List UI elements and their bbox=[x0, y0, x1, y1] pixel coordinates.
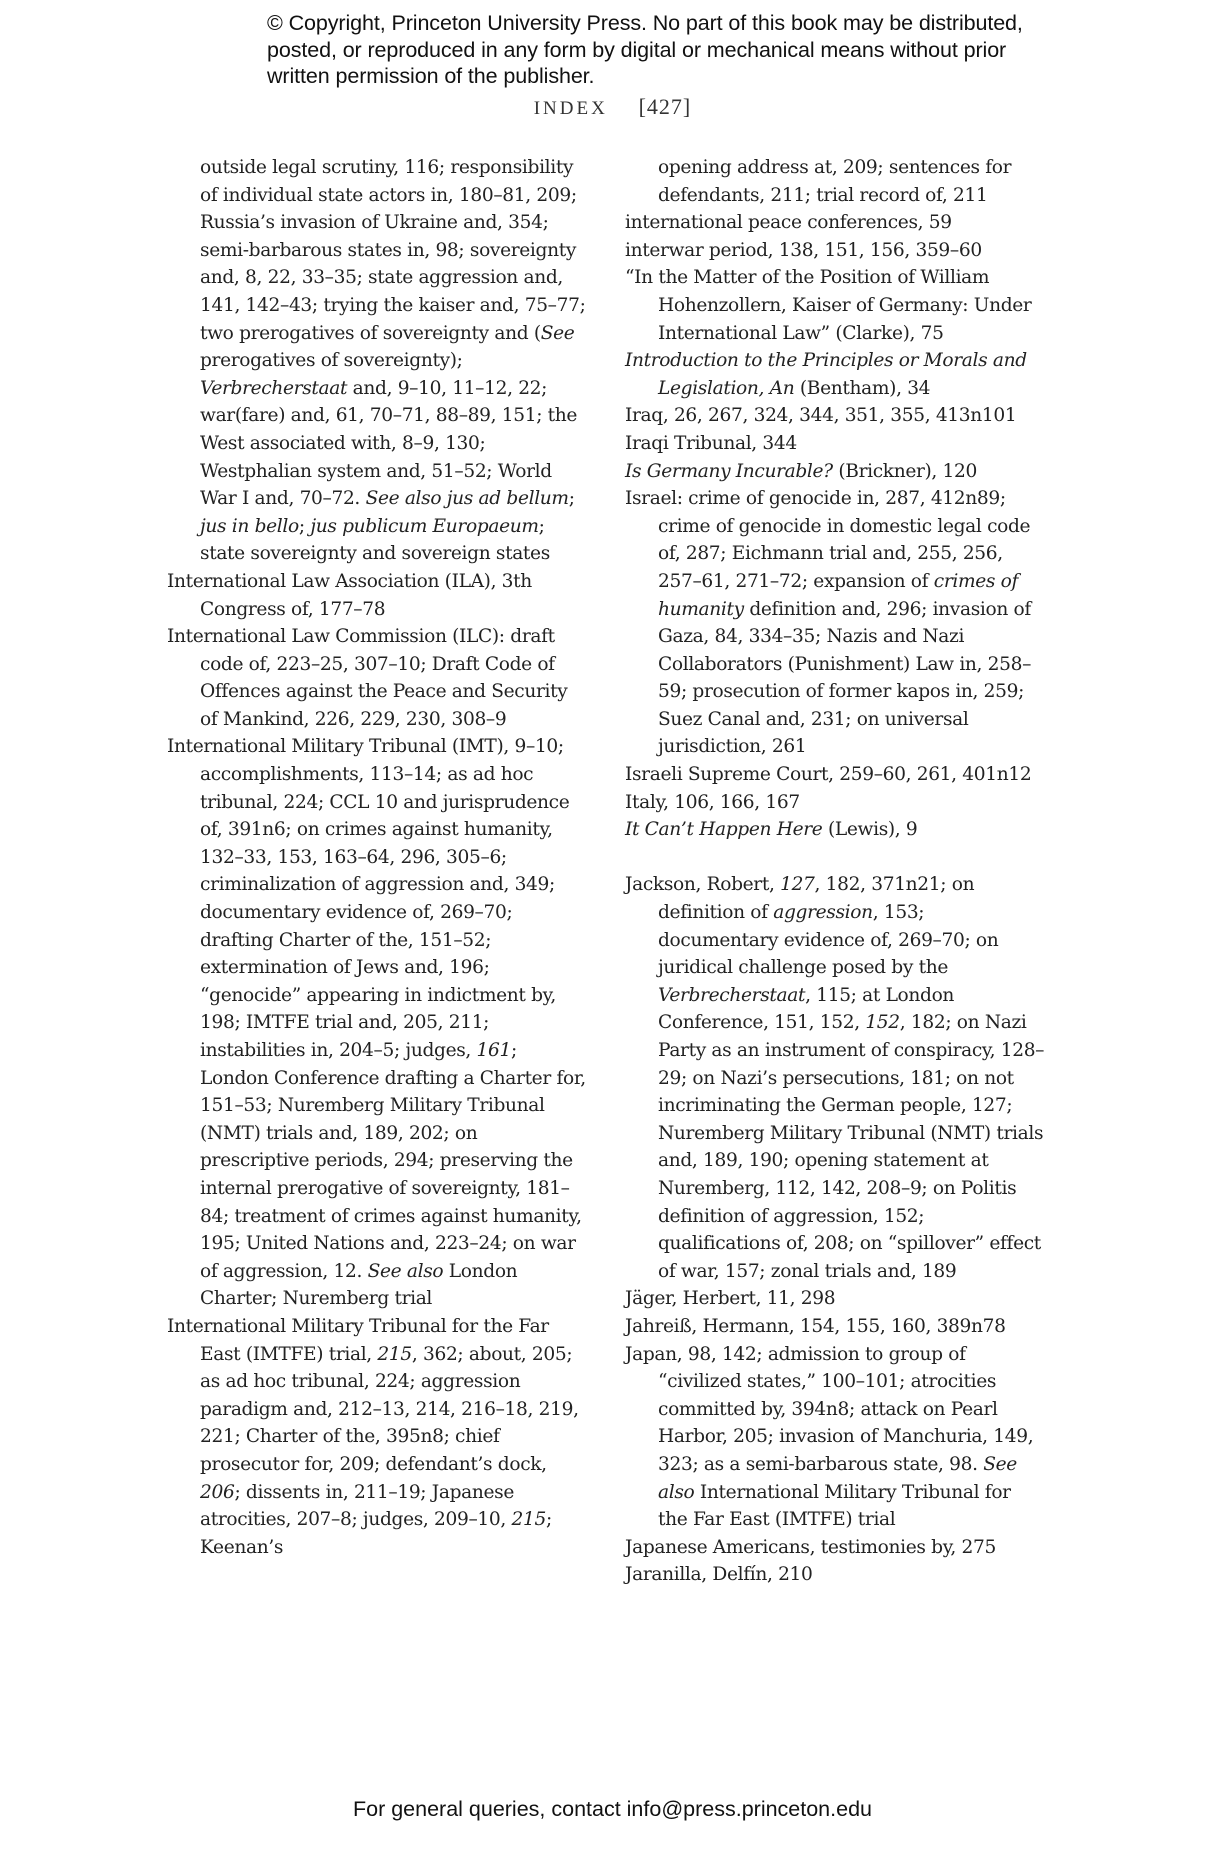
index-text-italic: Verbrecherstaat bbox=[658, 985, 805, 1006]
index-text-italic: See also bbox=[368, 1261, 444, 1282]
index-entry: Jahreiß, Hermann, 154, 155, 160, 389n78 bbox=[625, 1313, 1045, 1341]
index-text: Iraq, 26, 267, 324, 344, 351, 355, 413n1… bbox=[625, 405, 1016, 426]
index-text: international peace conferences, 59 bbox=[625, 212, 952, 233]
index-text-italic: 161 bbox=[477, 1040, 511, 1061]
index-text: Israeli Supreme Court, 259–60, 261, 401n… bbox=[625, 764, 1031, 785]
index-entry: International Military Tribunal for the … bbox=[167, 1313, 587, 1561]
index-entry: International Law Commission (ILC): draf… bbox=[167, 623, 587, 733]
index-entry: Introduction to the Principles or Morals… bbox=[625, 347, 1045, 402]
index-text: Japanese Americans, testimonies by, 275 bbox=[625, 1537, 996, 1558]
index-entry: International Military Tribunal (IMT), 9… bbox=[167, 733, 587, 1312]
index-entry: International Law Association (ILA), 3th… bbox=[167, 568, 587, 623]
index-text: Jaranilla, Delfín, 210 bbox=[625, 1564, 813, 1585]
index-text-italic: aggression bbox=[773, 902, 872, 923]
index-text: International Law Commission (ILC): draf… bbox=[167, 626, 567, 730]
index-text-italic: See also jus ad bellum bbox=[366, 488, 569, 509]
index-entry: Iraq, 26, 267, 324, 344, 351, 355, 413n1… bbox=[625, 402, 1045, 430]
running-head: INDEX [427] bbox=[0, 94, 1225, 120]
index-entry: “In the Matter of the Position of Willia… bbox=[625, 264, 1045, 347]
index-text: (Bentham), 34 bbox=[794, 378, 930, 399]
index-text-italic: 206 bbox=[200, 1482, 234, 1503]
index-text-italic: 215 bbox=[512, 1509, 546, 1530]
index-text: (Lewis), 9 bbox=[822, 819, 917, 840]
index-text-italic: jus in bello bbox=[200, 516, 299, 537]
index-entry: Jackson, Robert, 127, 182, 371n21; on de… bbox=[625, 871, 1045, 1285]
index-entry: Japanese Americans, testimonies by, 275 bbox=[625, 1534, 1045, 1562]
index-text: opening address at, 209; sentences for d… bbox=[658, 157, 1011, 206]
index-text: International Military Tribunal for the … bbox=[658, 1482, 1011, 1531]
index-column-right: opening address at, 209; sentences for d… bbox=[625, 154, 1045, 1589]
index-text: International Military Tribunal (IMT), 9… bbox=[167, 736, 569, 1061]
index-text-italic: Is Germany Incurable? bbox=[625, 461, 833, 482]
index-text: ; London Conference drafting a Charter f… bbox=[200, 1040, 586, 1282]
footer-contact: For general queries, contact info@press.… bbox=[0, 1797, 1225, 1822]
index-text: outside legal scrutiny, 116; responsibil… bbox=[200, 157, 586, 344]
index-entry: It Can’t Happen Here (Lewis), 9 bbox=[625, 816, 1045, 844]
index-text: Jahreiß, Hermann, 154, 155, 160, 389n78 bbox=[625, 1316, 1006, 1337]
index-text: International Law Association (ILA), 3th… bbox=[167, 571, 532, 620]
index-entry: Jäger, Herbert, 11, 298 bbox=[625, 1285, 1045, 1313]
index-entry-continued: opening address at, 209; sentences for d… bbox=[625, 154, 1045, 209]
index-text: definition and, 296; invasion of Gaza, 8… bbox=[658, 599, 1031, 758]
index-text-italic: Verbrecherstaat bbox=[200, 378, 347, 399]
index-text: ; bbox=[299, 516, 310, 537]
index-text-italic: 152 bbox=[865, 1012, 899, 1033]
index-text: Italy, 106, 166, 167 bbox=[625, 792, 800, 813]
index-text: ; bbox=[569, 488, 575, 509]
index-entry: international peace conferences, 59 bbox=[625, 209, 1045, 237]
index-column-left: outside legal scrutiny, 116; responsibil… bbox=[167, 154, 587, 1561]
index-text: (Brickner), 120 bbox=[833, 461, 977, 482]
index-text: “In the Matter of the Position of Willia… bbox=[625, 267, 1031, 343]
page-number: [427] bbox=[639, 94, 692, 119]
index-text: Jackson, Robert, bbox=[625, 874, 780, 895]
index-entry: Japan, 98, 142; admission to group of “c… bbox=[625, 1341, 1045, 1534]
index-entry: Iraqi Tribunal, 344 bbox=[625, 430, 1045, 458]
index-entry: Jaranilla, Delfín, 210 bbox=[625, 1561, 1045, 1589]
copyright-notice: © Copyright, Princeton University Press.… bbox=[267, 10, 1027, 90]
index-entry: Italy, 106, 166, 167 bbox=[625, 789, 1045, 817]
index-text: Japan, 98, 142; admission to group of “c… bbox=[625, 1344, 1033, 1475]
index-entry-continued: outside legal scrutiny, 116; responsibil… bbox=[167, 154, 587, 568]
index-text-italic: 215 bbox=[377, 1344, 411, 1365]
index-text: Iraqi Tribunal, 344 bbox=[625, 433, 797, 454]
index-entry: Is Germany Incurable? (Brickner), 120 bbox=[625, 458, 1045, 486]
index-text-italic: It Can’t Happen Here bbox=[625, 819, 822, 840]
index-entry: Israeli Supreme Court, 259–60, 261, 401n… bbox=[625, 761, 1045, 789]
index-text: prerogatives of sovereignty); bbox=[200, 350, 463, 371]
index-entry: Israel: crime of genocide in, 287, 412n8… bbox=[625, 485, 1045, 761]
index-text: interwar period, 138, 151, 156, 359–60 bbox=[625, 240, 982, 261]
index-text: ; dissents in, 211–19; Japanese atrociti… bbox=[200, 1482, 514, 1531]
index-text-italic: jus publicum Europaeum bbox=[310, 516, 538, 537]
index-text-italic: See bbox=[541, 323, 575, 344]
running-title: INDEX bbox=[534, 98, 608, 119]
index-entry: interwar period, 138, 151, 156, 359–60 bbox=[625, 237, 1045, 265]
index-text: Jäger, Herbert, 11, 298 bbox=[625, 1288, 835, 1309]
index-text-italic: 127 bbox=[780, 874, 814, 895]
index-text: , 182; on Nazi Party as an instrument of… bbox=[658, 1012, 1044, 1281]
